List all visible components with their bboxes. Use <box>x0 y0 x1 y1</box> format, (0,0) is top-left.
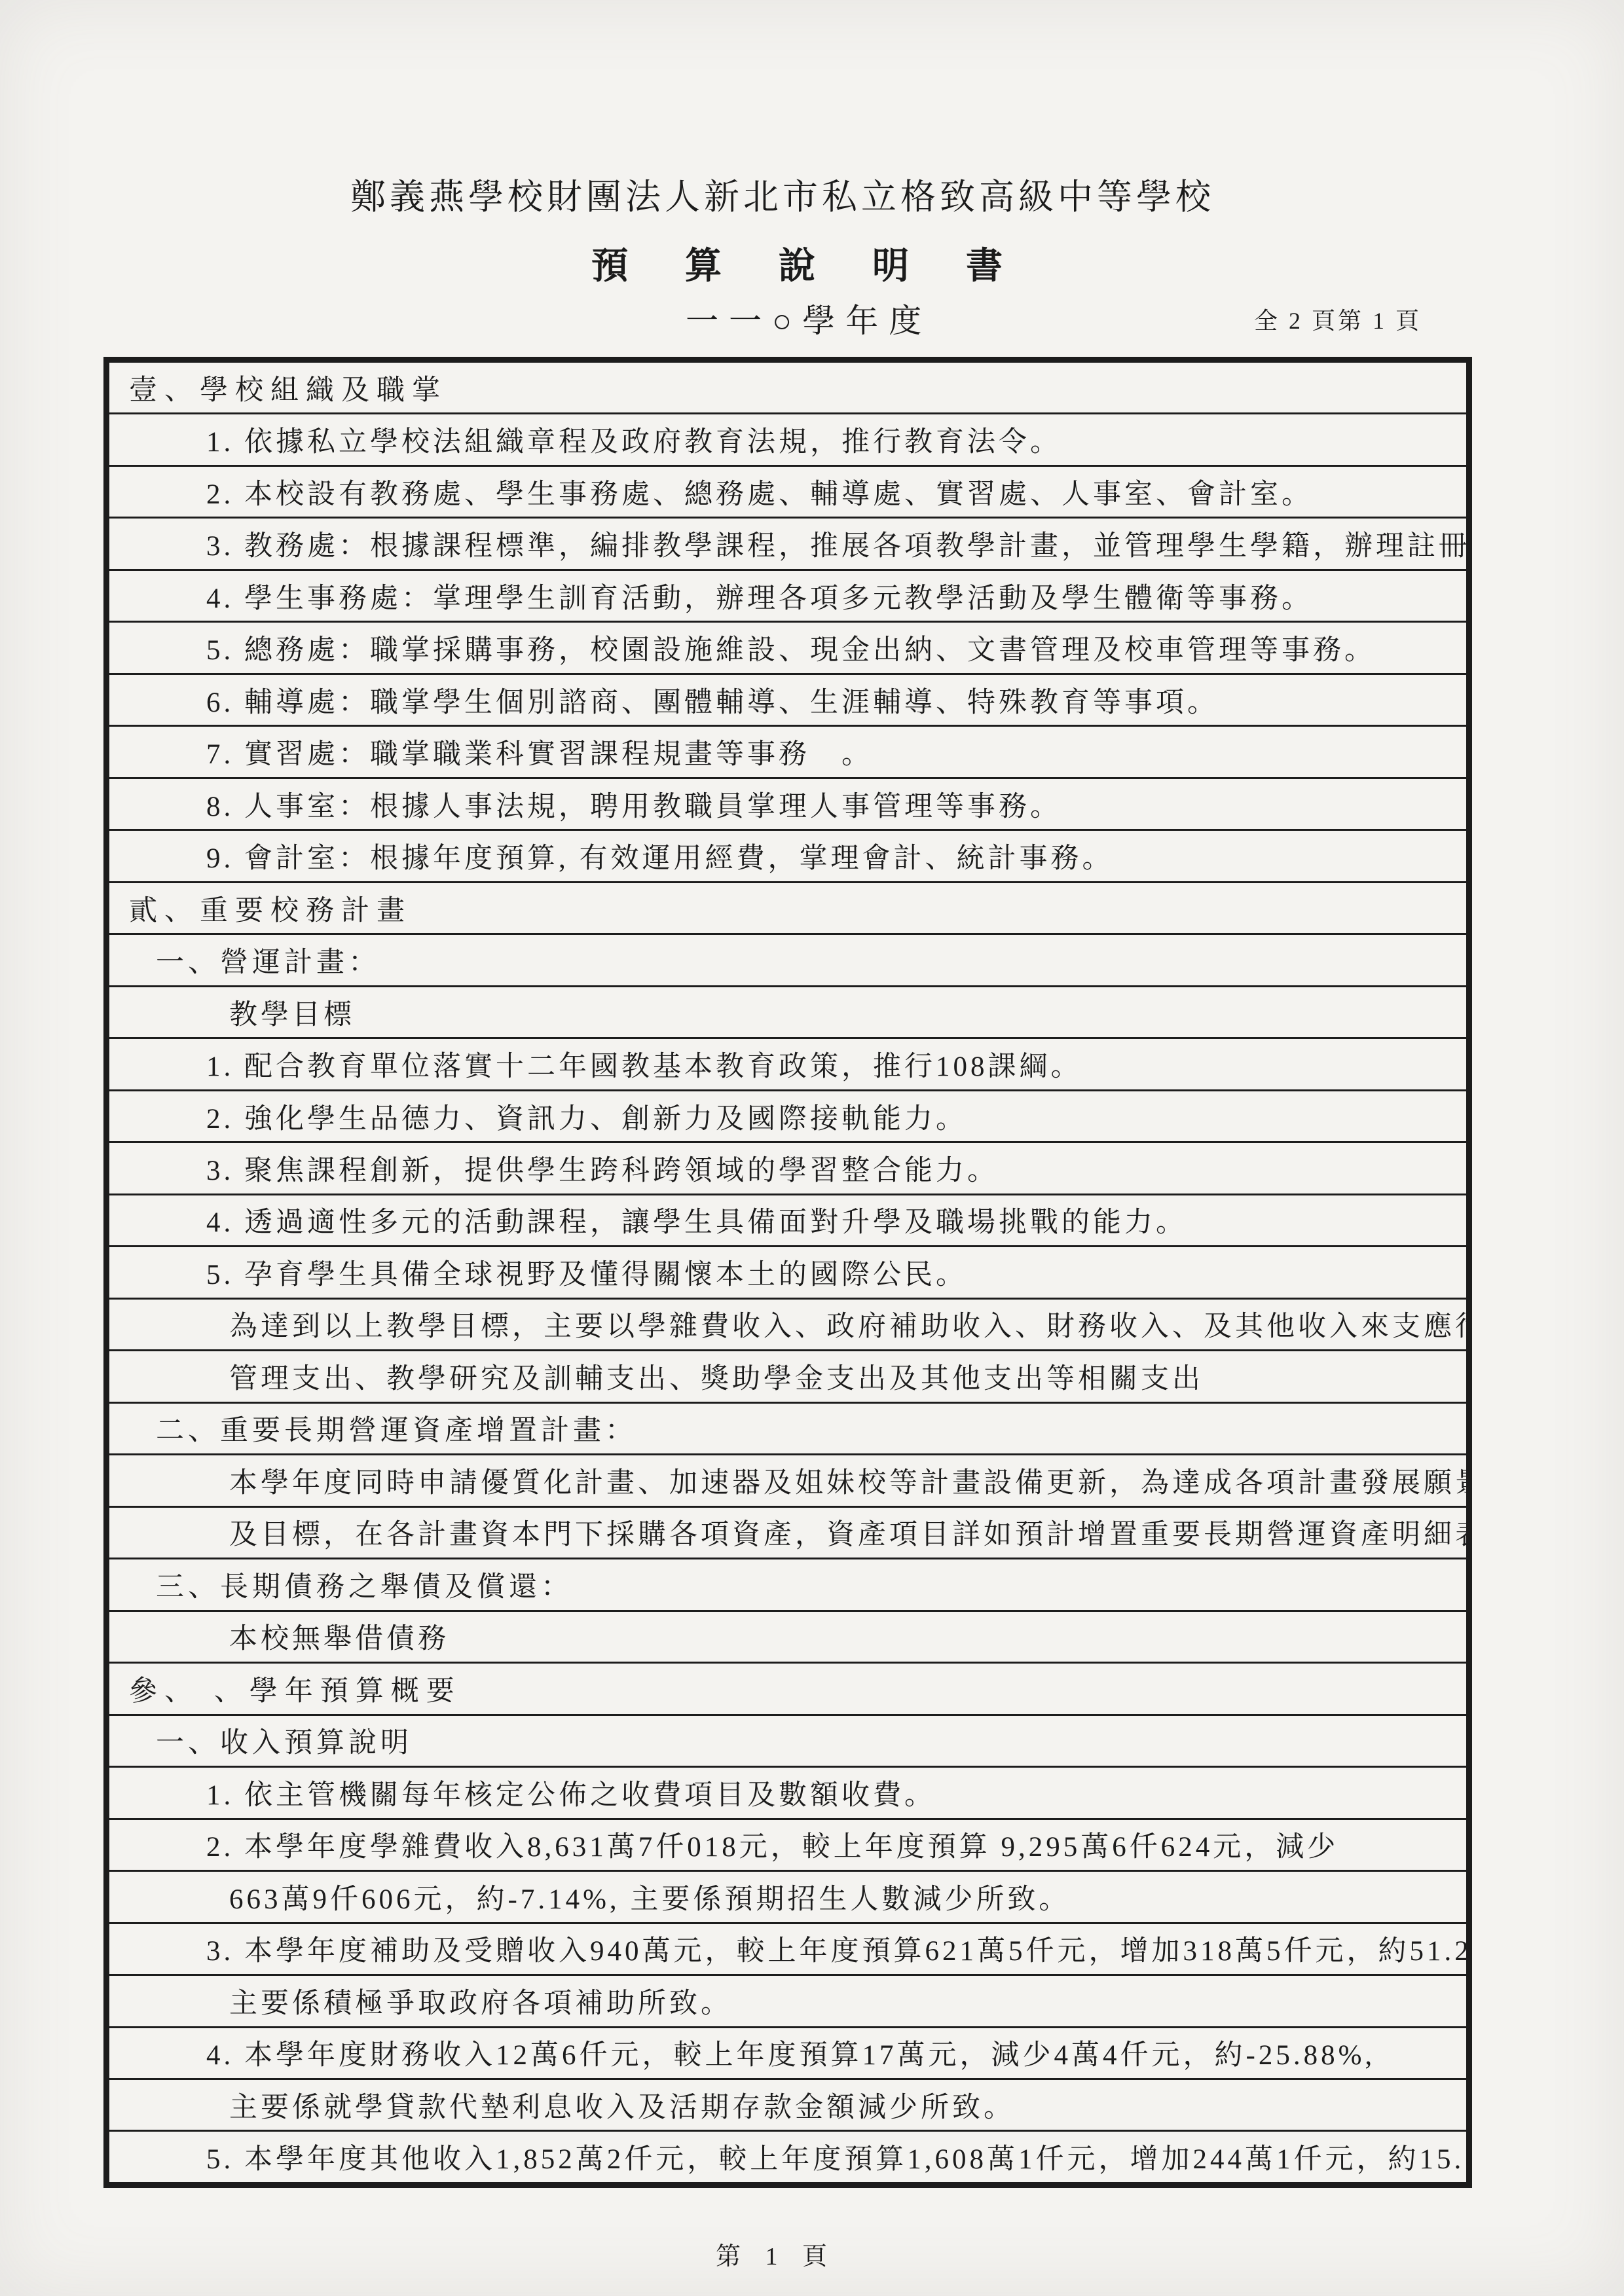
row-text: 本校無舉借債務 <box>229 1616 449 1656</box>
table-row: 參、 、學年預算概要 <box>109 1664 1466 1715</box>
table-row: 本學年度同時申請優質化計畫、加速器及姐妹校等計畫設備更新，為達成各項計畫發展願景 <box>109 1455 1466 1507</box>
table-row: 為達到以上教學目標，主要以學雜費收入、政府補助收入、財務收入、及其他收入來支應行… <box>109 1300 1466 1351</box>
table-row: 主要係就學貸款代墊利息收入及活期存款金額減少所致。 <box>109 2080 1466 2132</box>
row-text: 本學年度同時申請優質化計畫、加速器及姐妹校等計畫設備更新，為達成各項計畫發展願景 <box>229 1461 1466 1501</box>
row-text: 壹、學校組織及職掌 <box>129 368 447 408</box>
row-text: 3. 本學年度補助及受贈收入940萬元，較上年度預算621萬5仟元，增加318萬… <box>206 1929 1466 1969</box>
table-row: 2. 強化學生品德力、資訊力、創新力及國際接軌能力。 <box>109 1091 1466 1143</box>
table-row: 貳、重要校務計畫 <box>109 883 1466 935</box>
table-row: 8. 人事室：根據人事法規，聘用教職員掌理人事管理等事務。 <box>109 779 1466 831</box>
table-row: 一、收入預算說明 <box>109 1716 1466 1768</box>
row-text: 2. 強化學生品德力、資訊力、創新力及國際接軌能力。 <box>206 1097 967 1137</box>
row-text: 教學目標 <box>229 993 355 1032</box>
table-row: 二、重要長期營運資產增置計畫： <box>109 1404 1466 1455</box>
row-text: 4. 透過適性多元的活動課程，讓學生具備面對升學及職場挑戰的能力。 <box>206 1200 1187 1240</box>
table-row: 主要係積極爭取政府各項補助所致。 <box>109 1976 1466 2028</box>
row-text: 及目標，在各計畫資本門下採購各項資產，資產項目詳如預計增置重要長期營運資產明細表… <box>229 1512 1466 1552</box>
table-row: 4. 本學年度財務收入12萬6仟元，較上年度預算17萬元，減少4萬4仟元，約-2… <box>109 2028 1466 2080</box>
table-row: 4. 透過適性多元的活動課程，讓學生具備面對升學及職場挑戰的能力。 <box>109 1195 1466 1247</box>
row-text: 9. 會計室：根據年度預算, 有效運用經費，掌理會計、統計事務。 <box>206 836 1114 876</box>
table-row: 1. 依據私立學校法組織章程及政府教育法規，推行教育法令。 <box>109 414 1466 466</box>
budget-table: 壹、學校組織及職掌1. 依據私立學校法組織章程及政府教育法規，推行教育法令。2.… <box>103 357 1472 2188</box>
row-text: 為達到以上教學目標，主要以學雜費收入、政府補助收入、財務收入、及其他收入來支應行… <box>229 1304 1466 1344</box>
table-row: 9. 會計室：根據年度預算, 有效運用經費，掌理會計、統計事務。 <box>109 831 1466 883</box>
row-text: 7. 實習處：職掌職業科實習課程規畫等事務 。 <box>206 732 873 772</box>
row-text: 2. 本校設有教務處、學生事務處、總務處、輔導處、實習處、人事室、會計室。 <box>206 472 1313 512</box>
row-text: 1. 配合教育單位落實十二年國教基本教育政策，推行108課綱。 <box>206 1044 1082 1084</box>
document-title: 預算說明書 <box>591 237 1060 289</box>
row-text: 3. 聚焦課程創新，提供學生跨科跨領域的學習整合能力。 <box>206 1148 999 1188</box>
row-text: 主要係就學貸款代墊利息收入及活期存款金額減少所致。 <box>229 2085 1015 2125</box>
row-text: 一、收入預算說明 <box>156 1721 413 1760</box>
table-row: 壹、學校組織及職掌 <box>109 363 1466 414</box>
row-text: 1. 依主管機關每年核定公佈之收費項目及數額收費。 <box>206 1773 936 1813</box>
row-text: 663萬9仟606元，約-7.14%, 主要係預期招生人數減少所致。 <box>229 1877 1070 1917</box>
table-row: 一、營運計畫： <box>109 935 1466 987</box>
row-text: 3. 教務處：根據課程標準，編排教學課程，推展各項教學計畫，並管理學生學籍，辦理… <box>206 524 1466 564</box>
row-text: 2. 本學年度學雜費收入8,631萬7仟018元，較上年度預算 9,295萬6仟… <box>206 1825 1338 1865</box>
table-row: 7. 實習處：職掌職業科實習課程規畫等事務 。 <box>109 727 1466 778</box>
table-row: 管理支出、教學研究及訓輔支出、獎助學金支出及其他支出等相關支出 <box>109 1351 1466 1403</box>
row-text: 貳、重要校務計畫 <box>129 888 412 928</box>
table-row: 3. 聚焦課程創新，提供學生跨科跨領域的學習整合能力。 <box>109 1143 1466 1195</box>
table-row: 4. 學生事務處：掌理學生訓育活動，辦理各項多元教學活動及學生體衛等事務。 <box>109 571 1466 623</box>
table-row: 三、長期債務之舉債及償還： <box>109 1559 1466 1611</box>
page-count-info: 全 2 頁第 1 頁 <box>1254 302 1422 336</box>
row-text: 主要係積極爭取政府各項補助所致。 <box>229 1981 732 2021</box>
table-row: 5. 孕育學生具備全球視野及懂得關懷本土的國際公民。 <box>109 1247 1466 1299</box>
document-page: 鄭義燕學校財團法人新北市私立格致高級中等學校 預算說明書 一一○學年度 全 2 … <box>0 0 1624 2296</box>
row-text: 4. 學生事務處：掌理學生訓育活動，辦理各項多元教學活動及學生體衛等事務。 <box>206 576 1313 616</box>
table-row: 5. 總務處：職掌採購事務，校園設施維設、現金出納、文書管理及校車管理等事務。 <box>109 623 1466 674</box>
row-text: 管理支出、教學研究及訓輔支出、獎助學金支出及其他支出等相關支出 <box>229 1357 1204 1396</box>
table-row: 1. 依主管機關每年核定公佈之收費項目及數額收費。 <box>109 1768 1466 1819</box>
table-row: 2. 本學年度學雜費收入8,631萬7仟018元，較上年度預算 9,295萬6仟… <box>109 1820 1466 1872</box>
academic-year: 一一○學年度 <box>686 295 932 342</box>
table-row: 1. 配合教育單位落實十二年國教基本教育政策，推行108課綱。 <box>109 1039 1466 1091</box>
page-number: 第 1 頁 <box>0 2236 1588 2272</box>
row-text: 6. 輔導處：職掌學生個別諮商、團體輔導、生涯輔導、特殊教育等事項。 <box>206 680 1219 720</box>
row-text: 8. 人事室：根據人事法規，聘用教職員掌理人事管理等事務。 <box>206 784 1061 824</box>
table-row: 本校無舉借債務 <box>109 1612 1466 1664</box>
table-row: 3. 教務處：根據課程標準，編排教學課程，推展各項教學計畫，並管理學生學籍，辦理… <box>109 519 1466 570</box>
row-text: 5. 總務處：職掌採購事務，校園設施維設、現金出納、文書管理及校車管理等事務。 <box>206 628 1376 668</box>
row-text: 參、 、學年預算概要 <box>129 1669 462 1709</box>
row-text: 一、營運計畫： <box>156 940 380 980</box>
row-text: 4. 本學年度財務收入12萬6仟元，較上年度預算17萬元，減少4萬4仟元，約-2… <box>206 2033 1375 2073</box>
school-name: 鄭義燕學校財團法人新北市私立格致高級中等學校 <box>350 169 1215 219</box>
table-row: 及目標，在各計畫資本門下採購各項資產，資產項目詳如預計增置重要長期營運資產明細表… <box>109 1508 1466 1559</box>
table-row: 5. 本學年度其他收入1,852萬2仟元，較上年度預算1,608萬1仟元，增加2… <box>109 2132 1466 2181</box>
row-text: 二、重要長期營運資產增置計畫： <box>156 1408 637 1448</box>
row-text: 1. 依據私立學校法組織章程及政府教育法規，推行教育法令。 <box>206 420 1061 460</box>
table-row: 3. 本學年度補助及受贈收入940萬元，較上年度預算621萬5仟元，增加318萬… <box>109 1924 1466 1976</box>
table-row: 教學目標 <box>109 987 1466 1039</box>
row-text: 5. 孕育學生具備全球視野及懂得關懷本土的國際公民。 <box>206 1252 967 1292</box>
row-text: 三、長期債務之舉債及償還： <box>156 1565 573 1605</box>
table-row: 6. 輔導處：職掌學生個別諮商、團體輔導、生涯輔導、特殊教育等事項。 <box>109 675 1466 727</box>
row-text: 5. 本學年度其他收入1,852萬2仟元，較上年度預算1,608萬1仟元，增加2… <box>206 2137 1466 2177</box>
table-row: 663萬9仟606元，約-7.14%, 主要係預期招生人數減少所致。 <box>109 1872 1466 1923</box>
table-row: 2. 本校設有教務處、學生事務處、總務處、輔導處、實習處、人事室、會計室。 <box>109 467 1466 519</box>
